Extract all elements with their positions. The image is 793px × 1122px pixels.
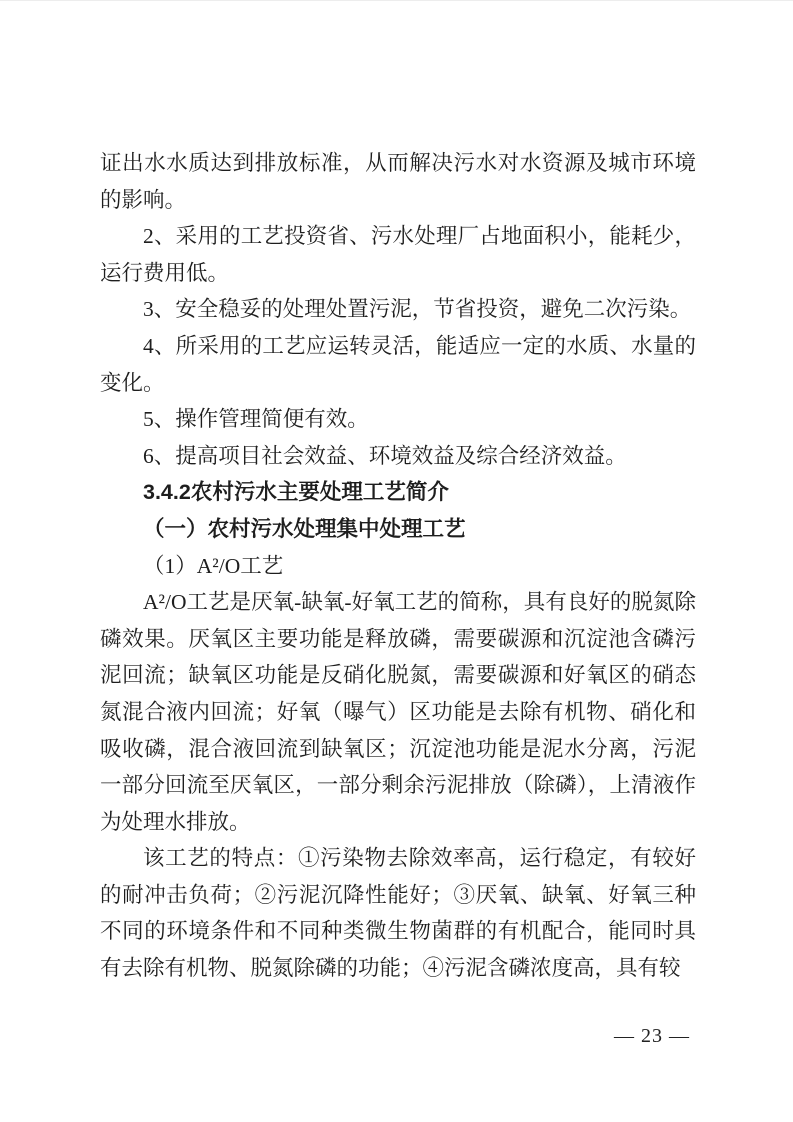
page-number: — 23 — [614, 1025, 690, 1047]
body-paragraph-a2o-features: 该工艺的特点：①污染物去除效率高，运行稳定，有较好的耐冲击负荷；②污泥沉降性能好… [100, 840, 696, 986]
document-page: 证出水水质达到排放标准，从而解决污水对水资源及城市环境的影响。 2、采用的工艺投… [0, 0, 793, 1122]
list-item-6: 6、提高项目社会效益、环境效益及综合经济效益。 [100, 438, 696, 475]
list-item-3: 3、安全稳妥的处理处置污泥，节省投资，避免二次污染。 [100, 291, 696, 328]
list-item-2: 2、采用的工艺投资省、污水处理厂占地面积小，能耗少，运行费用低。 [100, 218, 696, 291]
sub-item-a2o-title: （1）A²/O工艺 [100, 548, 696, 585]
body-paragraph-continuation: 证出水水质达到排放标准，从而解决污水对水资源及城市环境的影响。 [100, 145, 696, 218]
list-item-5: 5、操作管理简便有效。 [100, 401, 696, 438]
subsection-heading-centralized-process: （一）农村污水处理集中处理工艺 [100, 511, 696, 548]
list-item-4: 4、所采用的工艺应运转灵活，能适应一定的水质、水量的变化。 [100, 328, 696, 401]
body-paragraph-a2o-description: A²/O工艺是厌氧-缺氧-好氧工艺的简称，具有良好的脱氮除磷效果。厌氧区主要功能… [100, 584, 696, 840]
section-heading-342: 3.4.2农村污水主要处理工艺简介 [100, 474, 696, 511]
document-text-block: 证出水水质达到排放标准，从而解决污水对水资源及城市环境的影响。 2、采用的工艺投… [100, 145, 696, 987]
